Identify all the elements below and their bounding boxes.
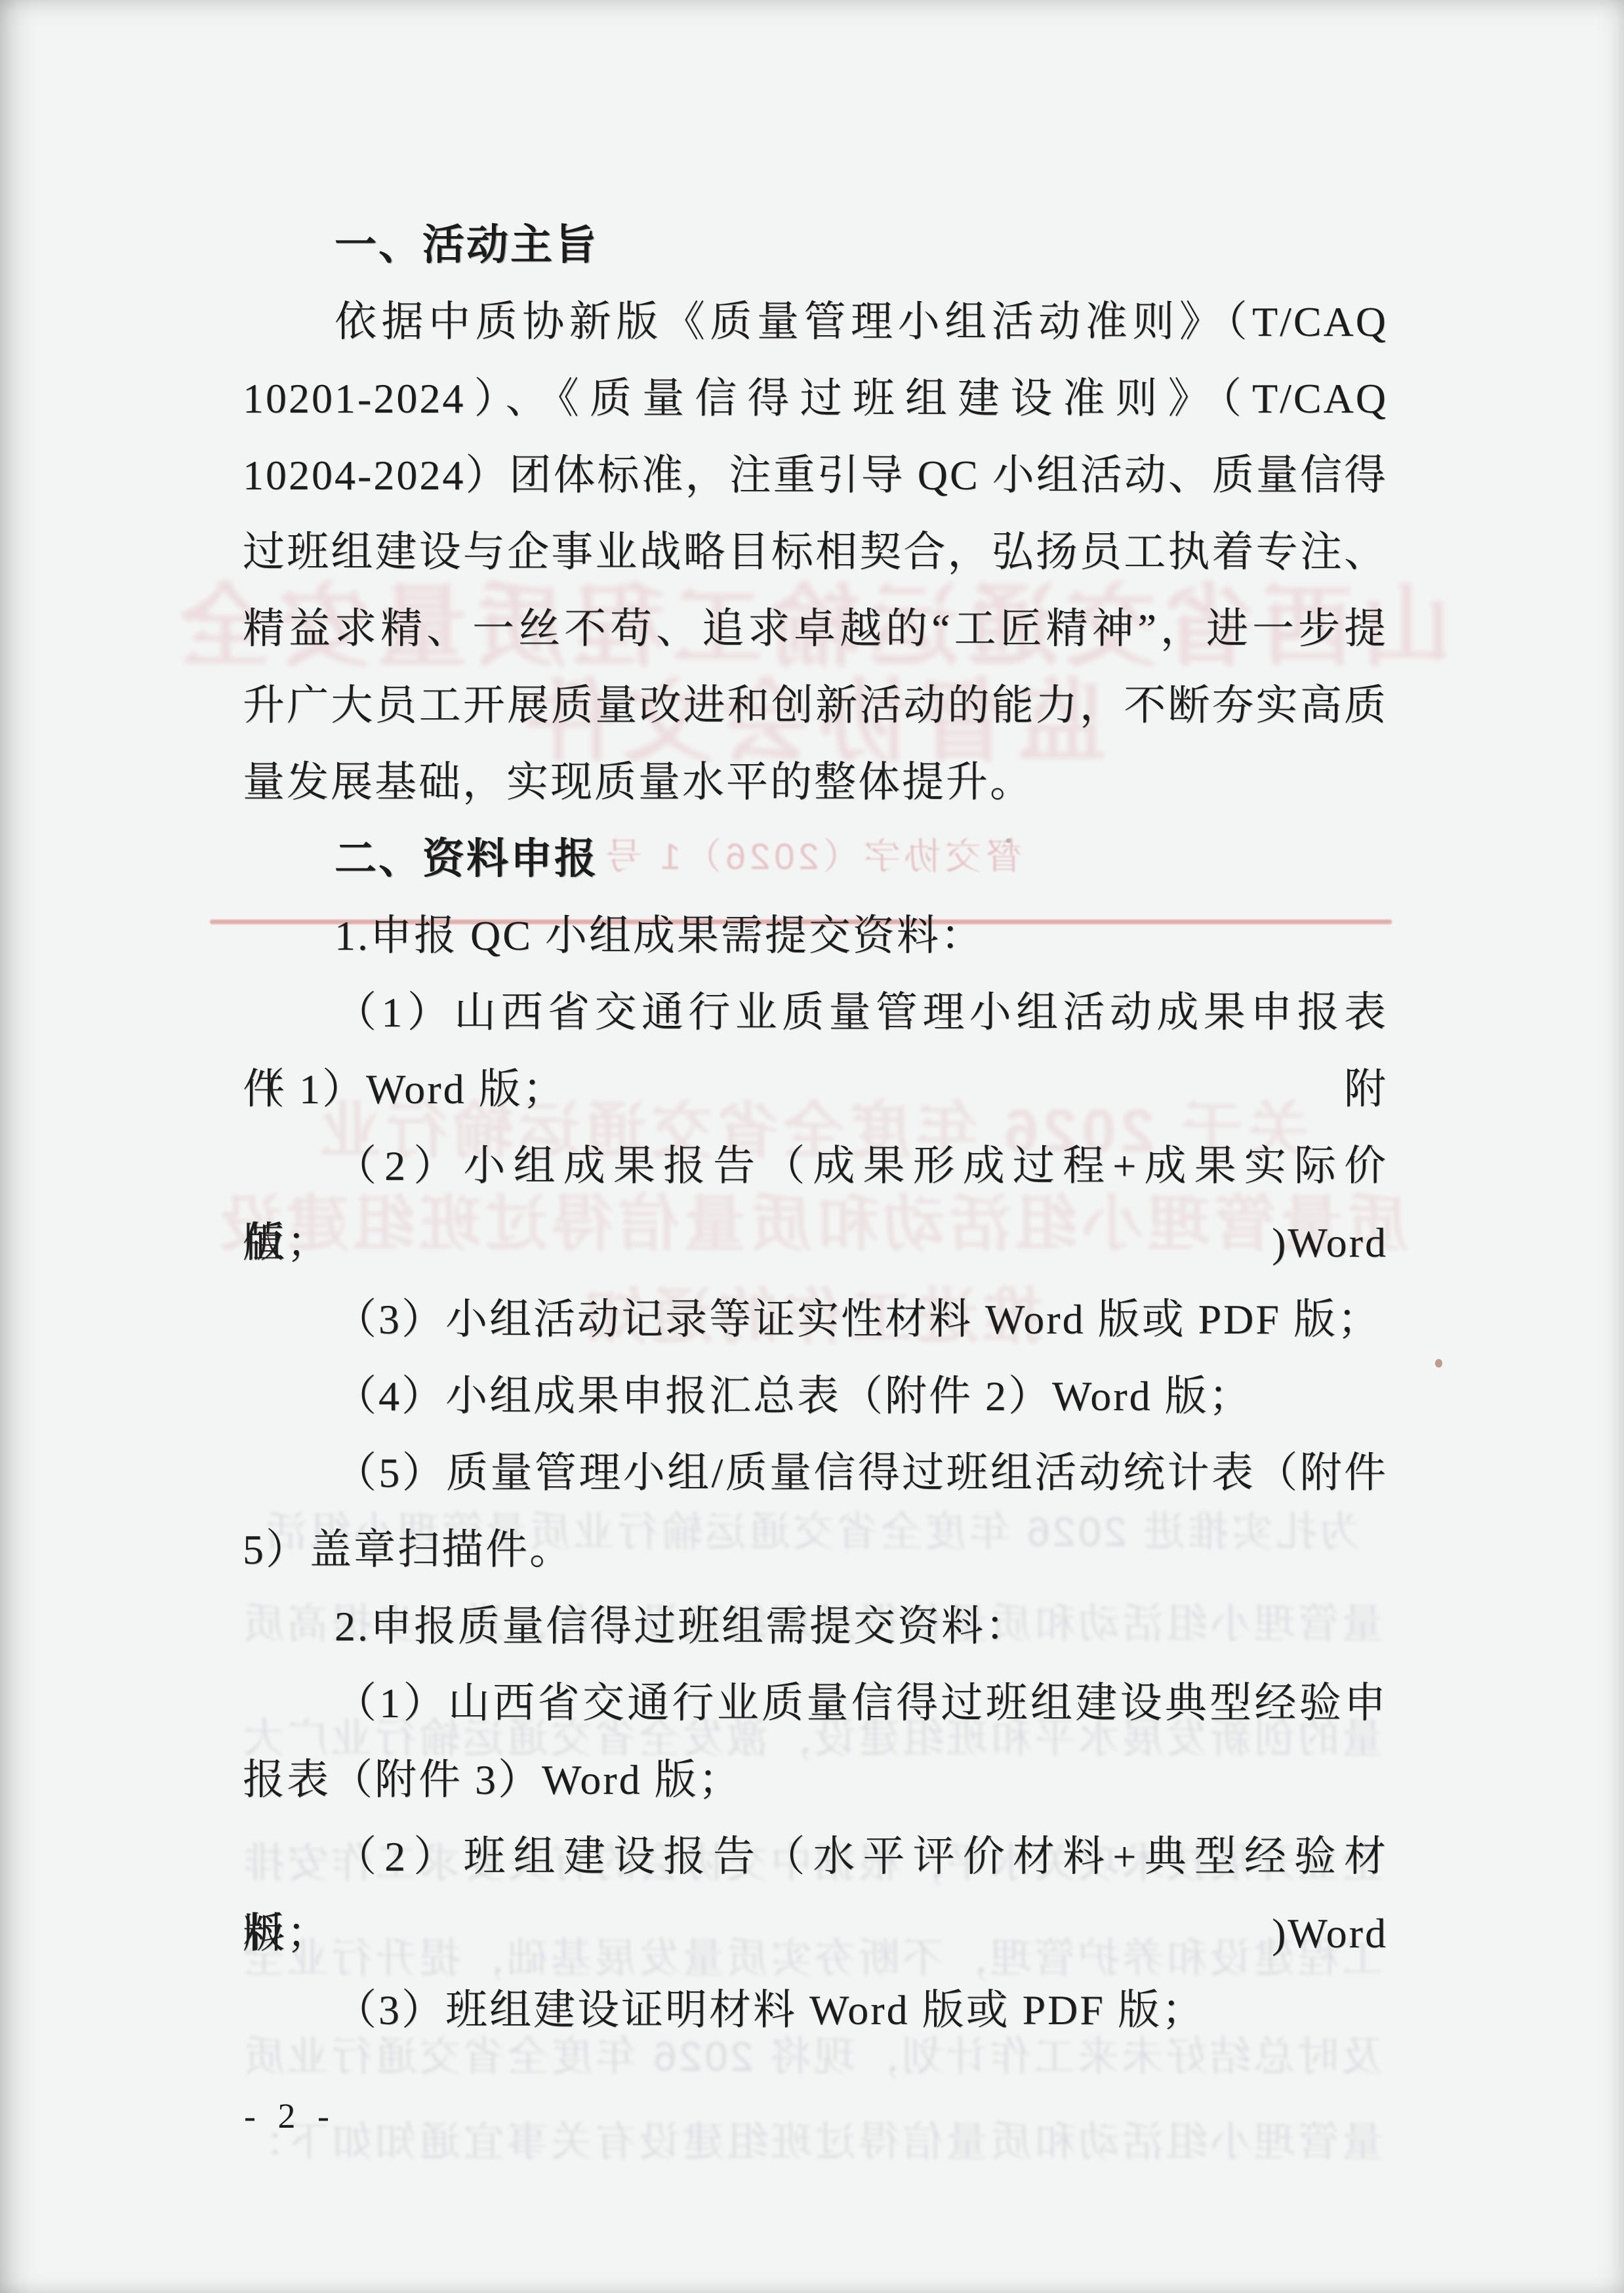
document-line: 升广大员工开展质量改进和创新活动的能力，不断夯实高质 xyxy=(243,667,1388,744)
scanned-document-page: 山西省交通运输工程质量安全监督协会文件督交协字（2026）1 号关于 2026 … xyxy=(0,0,1624,2293)
document-line: （3）班组建设证明材料 Word 版或 PDF 版； xyxy=(243,1972,1388,2048)
page-number: - 2 - xyxy=(244,2096,336,2136)
bleedthrough-body-text: 量管理小组活动和质量信得过班组建设有关事宜通知如下： xyxy=(241,2109,1383,2168)
document-line: （4）小组成果申报汇总表（附件 2）Word 版； xyxy=(243,1358,1388,1434)
document-line: （1）山西省交通行业质量管理小组活动成果申报表（附 xyxy=(243,974,1388,1051)
document-line: 1.申报 QC 小组成果需提交资料： xyxy=(243,897,1388,974)
document-line: （5）质量管理小组/质量信得过班组活动统计表（附件 xyxy=(243,1434,1388,1511)
document-line: 2.申报质量信得过班组需提交资料： xyxy=(243,1588,1388,1665)
document-line: 10204-2024）团体标准，注重引导 QC 小组活动、质量信得 xyxy=(243,437,1388,514)
document-line: 5）盖章扫描件。 xyxy=(243,1511,1388,1588)
document-line: 精益求精、一丝不苟、追求卓越的“工匠精神”，进一步提 xyxy=(243,590,1388,667)
scan-speck xyxy=(1435,1359,1442,1368)
document-line: （2）小组成果报告（成果形成过程+成果实际价值)Word xyxy=(243,1127,1388,1204)
document-line: （2）班组建设报告（水平评价材料+典型经验材料)Word xyxy=(243,1818,1388,1895)
document-heading-line: 二、资料申报 xyxy=(243,821,1388,897)
document-line: 依据中质协新版《质量管理小组活动准则》（T/CAQ xyxy=(243,283,1388,360)
document-body: 一、活动主旨依据中质协新版《质量管理小组活动准则》（T/CAQ10201-202… xyxy=(243,207,1388,2048)
document-line: （3）小组活动记录等证实性材料 Word 版或 PDF 版； xyxy=(243,1281,1388,1358)
document-heading-line: 一、活动主旨 xyxy=(243,207,1388,283)
scan-speck xyxy=(1006,838,1011,843)
document-line: 量发展基础，实现质量水平的整体提升。 xyxy=(243,744,1388,821)
document-line: 10201-2024）、《质量信得过班组建设准则》（T/CAQ xyxy=(243,360,1388,437)
document-line: 报表（附件 3）Word 版； xyxy=(243,1741,1388,1818)
document-line: （1）山西省交通行业质量信得过班组建设典型经验申 xyxy=(243,1665,1388,1741)
document-line: 过班组建设与企事业战略目标相契合，弘扬员工执着专注、 xyxy=(243,514,1388,590)
